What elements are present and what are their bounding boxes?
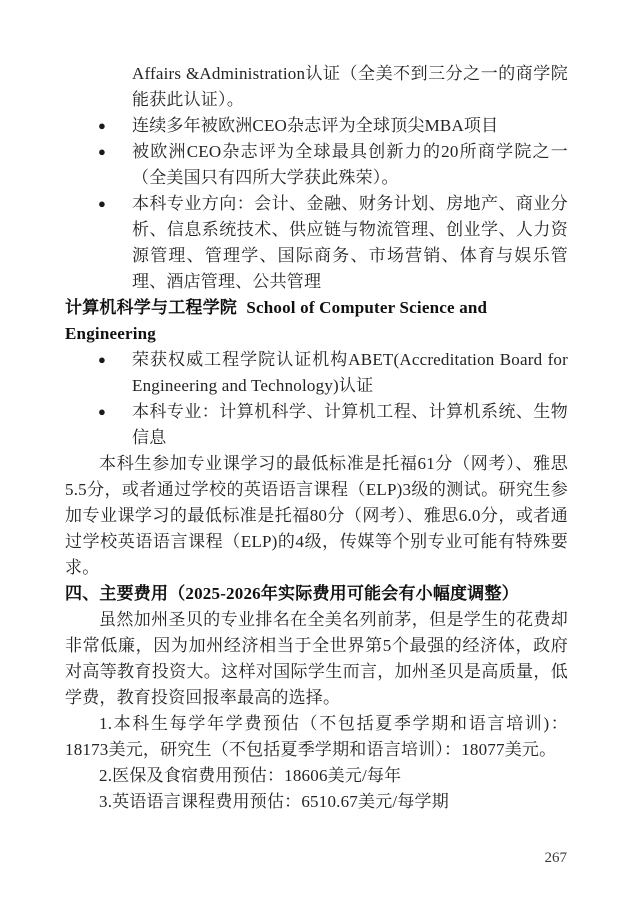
fee-item-language-course: 3.英语语言课程费用预估：6510.67美元/每学期 xyxy=(65,789,568,815)
section-heading-zh: 计算机科学与工程学院 xyxy=(65,298,237,317)
bullet-icon: ● xyxy=(98,113,106,139)
bullet-icon: ● xyxy=(98,347,106,373)
section-heading-fees: 四、主要费用（2025-2026年实际费用可能会有小幅度调整） xyxy=(65,581,568,607)
bullet-icon: ● xyxy=(98,191,106,217)
list-item: ● 连续多年被欧洲CEO杂志评为全球顶尖MBA项目 xyxy=(65,113,568,139)
page-content: Affairs &Administration认证（全美不到三分之一的商学院能获… xyxy=(65,61,568,815)
list-item: ● 荣获权威工程学院认证机构ABET(Accreditation Board f… xyxy=(65,347,568,399)
fee-item-tuition: 1.本科生每学年学费预估（不包括夏季学期和语言培训)：18173美元，研究生（不… xyxy=(65,711,568,763)
admission-requirements-paragraph: 本科生参加专业课学习的最低标准是托福61分（网考）、雅思5.5分，或者通过学校的… xyxy=(65,451,568,581)
fees-intro-paragraph: 虽然加州圣贝的专业排名在全美名列前茅，但是学生的花费却非常低廉，因为加州经济相当… xyxy=(65,607,568,711)
page-number: 267 xyxy=(545,851,568,866)
bullet-text: 荣获权威工程学院认证机构ABET(Accreditation Board for… xyxy=(132,347,568,399)
section-heading-cs-school: 计算机科学与工程学院School of Computer Science and… xyxy=(65,295,568,347)
bullet-text: 连续多年被欧洲CEO杂志评为全球顶尖MBA项目 xyxy=(132,113,568,139)
bullet-icon: ● xyxy=(98,399,106,425)
list-item: ● 本科专业：计算机科学、计算机工程、计算机系统、生物信息 xyxy=(65,399,568,451)
bullet-text: 被欧洲CEO杂志评为全球最具创新力的20所商学院之一（全美国只有四所大学获此殊荣… xyxy=(132,139,568,191)
bullet-text: 本科专业：计算机科学、计算机工程、计算机系统、生物信息 xyxy=(132,399,568,451)
bullet-text: 本科专业方向：会计、金融、财务计划、房地产、商业分析、信息系统技术、供应链与物流… xyxy=(132,191,568,295)
fee-item-insurance-boarding: 2.医保及食宿费用预估：18606美元/每年 xyxy=(65,763,568,789)
list-item: ● 本科专业方向：会计、金融、财务计划、房地产、商业分析、信息系统技术、供应链与… xyxy=(65,191,568,295)
list-item: ● 被欧洲CEO杂志评为全球最具创新力的20所商学院之一（全美国只有四所大学获此… xyxy=(65,139,568,191)
bullet-continuation-text: Affairs &Administration认证（全美不到三分之一的商学院能获… xyxy=(132,61,568,113)
document-page: Affairs &Administration认证（全美不到三分之一的商学院能获… xyxy=(0,0,628,909)
bullet-icon: ● xyxy=(98,139,106,165)
